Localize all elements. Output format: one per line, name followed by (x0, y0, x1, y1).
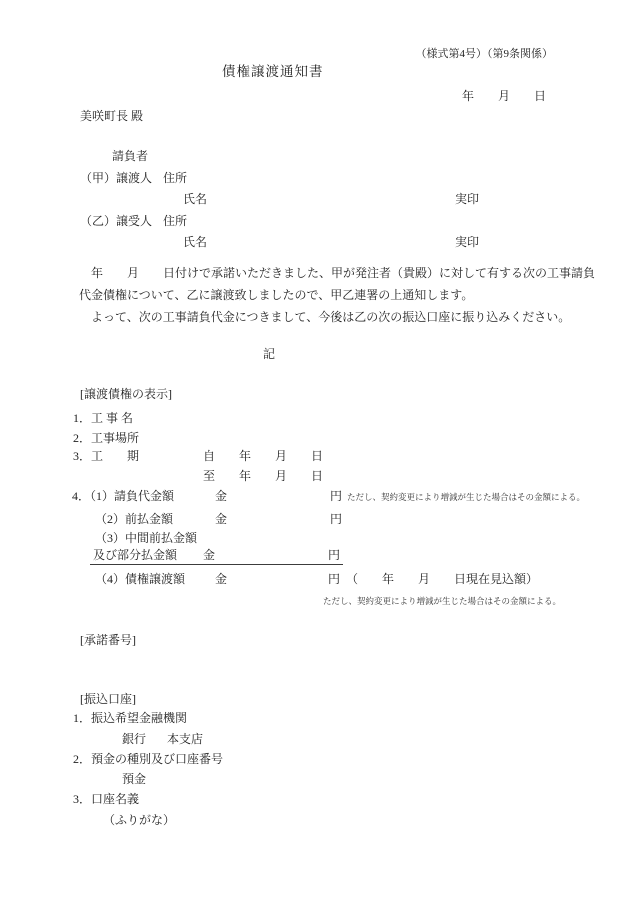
claim-item-construction-name: 1．工 事 名 (73, 410, 133, 426)
claim-item-period-row: 3．工 期 自 年 月 日 (0, 448, 630, 464)
party-kou-name-row: 氏名 実印 (0, 191, 630, 207)
contract-amount-note: ただし、契約変更により増減が生じた場合はその金額による。 (347, 492, 585, 503)
yen-label: 円 (330, 488, 342, 504)
party-otsu-label: （乙）譲受人 (80, 213, 152, 229)
document-page: （様式第4号）（第9条関係） 債権譲渡通知書 年 月 日 美咲町長 殿 請負者 … (0, 0, 630, 903)
body-paragraph-line-3: よって、次の工事請負代金につきまして、今後は乙の次の振込口座に振り込みください。 (79, 309, 570, 325)
bank-name-label: 銀行 (122, 731, 146, 747)
partial-payment-underline (90, 564, 343, 565)
form-reference: （様式第4号）（第9条関係） (416, 46, 554, 62)
furigana-label: （ふりがな） (103, 812, 175, 828)
bank-item-account-holder: 3．口座名義 (73, 791, 139, 807)
claim-item-contract-amount-label: 4．（1）請負代金額 (72, 488, 174, 504)
claim-item-advance-payment-row: （2）前払金額 金 円 (0, 511, 630, 527)
branch-name-label: 本支店 (167, 731, 203, 747)
yen-label: 円 (330, 511, 342, 527)
section-claim-heading: [譲渡債権の表示] (80, 386, 172, 402)
assigned-amount-note: ただし、契約変更により増減が生じた場合はその金額による。 (323, 596, 561, 607)
kin-label: 金 (215, 571, 227, 587)
assigned-amount-suffix: 円 （ 年 月 日現在見込額） (328, 571, 538, 587)
document-title: 債権譲渡通知書 (222, 64, 324, 80)
party-otsu-row: （乙）譲受人 住所 (0, 213, 630, 229)
bank-item-financial-institution: 1．振込希望金融機関 (73, 710, 187, 726)
claim-item-construction-site: 2．工事場所 (73, 430, 139, 446)
claim-item-assigned-amount-row: （4）債権譲渡額 金 円 （ 年 月 日現在見込額） (0, 571, 630, 587)
period-to-blank: 至 年 月 日 (203, 468, 323, 484)
ki-marker: 記 (263, 346, 275, 362)
claim-item-period-label: 3．工 期 (73, 448, 139, 464)
kin-label: 金 (215, 488, 227, 504)
address-label: 住所 (163, 213, 187, 229)
address-label: 住所 (163, 170, 187, 186)
period-from-blank: 自 年 月 日 (203, 448, 323, 464)
claim-item-contract-amount-row: 4．（1）請負代金額 金 円 ただし、契約変更により増減が生じた場合はその金額に… (0, 488, 630, 504)
bank-item-deposit-type: 2．預金の種別及び口座番号 (73, 751, 223, 767)
kin-label: 金 (215, 511, 227, 527)
name-label: 氏名 (183, 191, 207, 207)
body-paragraph-line-2: 代金債権について、乙に譲渡致しましたので、甲乙連署の上通知します。 (79, 287, 473, 303)
party-kou-row: （甲）譲渡人 住所 (0, 170, 630, 186)
body-paragraph-line-1: 年 月 日付けで承諾いただきました、甲が発注者（貴殿）に対して有する次の工事請負 (79, 265, 595, 281)
claim-item-partial-payment-label: 及び部分払金額 (93, 547, 177, 563)
yen-label: 円 (328, 547, 340, 563)
date-blank: 年 月 日 (462, 88, 546, 104)
addressee: 美咲町長 殿 (80, 108, 143, 124)
claim-item-partial-payment-row: 及び部分払金額 金 円 (0, 547, 630, 563)
kin-label: 金 (203, 547, 215, 563)
seal-label: 実印 (455, 234, 479, 250)
contractor-heading: 請負者 (112, 148, 148, 164)
party-kou-label: （甲）譲渡人 (80, 170, 152, 186)
deposit-label: 預金 (122, 771, 146, 787)
name-label: 氏名 (183, 234, 207, 250)
bank-branch-row: 銀行 本支店 (0, 731, 630, 747)
seal-label: 実印 (455, 191, 479, 207)
section-approval-number-heading: [承諾番号] (80, 632, 136, 648)
section-bank-account-heading: [振込口座] (80, 691, 136, 707)
claim-item-assigned-amount-label: （4）債権譲渡額 (95, 571, 185, 587)
claim-item-advance-payment-label: （2）前払金額 (95, 511, 173, 527)
party-otsu-name-row: 氏名 実印 (0, 234, 630, 250)
claim-item-interim-advance-label: （3）中間前払金額 (95, 530, 197, 546)
